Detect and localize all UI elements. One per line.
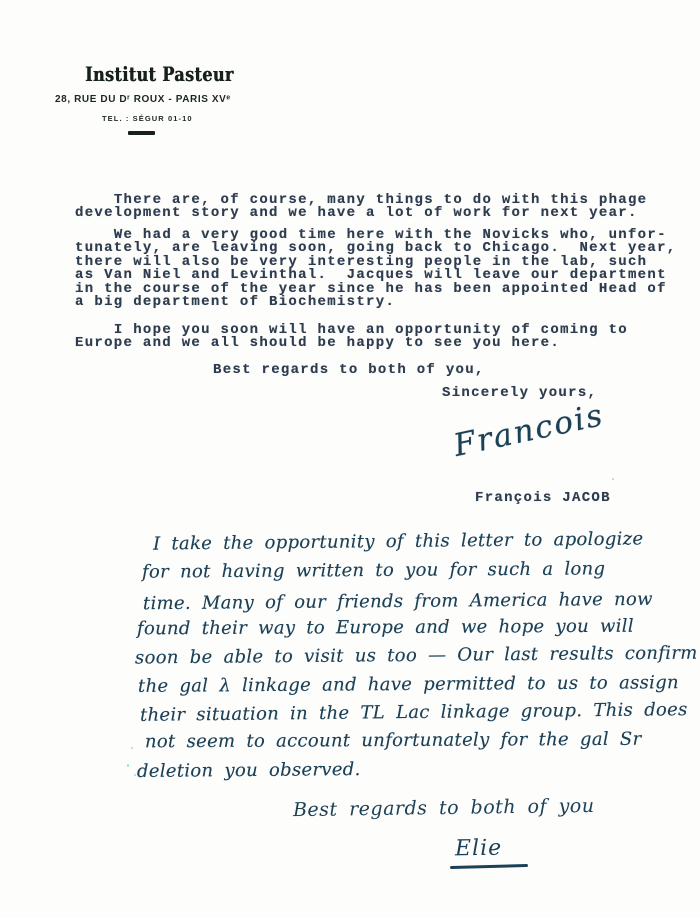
scan-speckle xyxy=(131,747,133,749)
postscript-line: I take the opportunity of this letter to… xyxy=(153,528,644,554)
letterhead-address: 28, RUE DU Dʳ ROUX - PARIS XVᵉ xyxy=(55,94,231,105)
signature-underline xyxy=(450,864,528,869)
postscript-line: not seem to account unfortunately for th… xyxy=(145,729,642,753)
postscript-line: deletion you observed. xyxy=(137,759,361,782)
scan-speckle xyxy=(612,478,614,480)
typed-name: François JACOB xyxy=(475,492,611,505)
valediction-line: Sincerely yours, xyxy=(442,387,597,400)
handwritten-signature-francois: Francois xyxy=(451,397,608,464)
postscript-line: soon be able to visit us too — Our last … xyxy=(135,643,698,669)
scan-speckle xyxy=(134,774,136,776)
letterhead-phone: TEL. : SÉGUR 01-10 xyxy=(102,114,193,123)
body-paragraph-2: We had a very good time here with the No… xyxy=(75,229,695,309)
postscript-line: for not having written to you for such a… xyxy=(142,558,605,582)
scan-speckle xyxy=(127,764,129,767)
letterhead-institution: Institut Pasteur xyxy=(85,62,234,86)
postscript-line: time. Many of our friends from America h… xyxy=(143,589,653,614)
postscript-line: the gal λ linkage and have permitted to … xyxy=(138,672,679,697)
postscript-line: their situation in the TL Lac linkage gr… xyxy=(140,699,688,726)
body-paragraph-1: There are, of course, many things to do … xyxy=(75,194,675,221)
postscript-signature-elie: Elie xyxy=(455,836,503,862)
postscript-line: found their way to Europe and we hope yo… xyxy=(137,616,634,640)
letter-page: Institut Pasteur 28, RUE DU Dʳ ROUX - PA… xyxy=(0,0,700,918)
letterhead-rule xyxy=(128,131,155,135)
postscript-closing: Best regards to both of you xyxy=(293,795,595,821)
body-paragraph-3: I hope you soon will have an opportunity… xyxy=(75,324,675,351)
regards-line: Best regards to both of you, xyxy=(213,364,485,377)
